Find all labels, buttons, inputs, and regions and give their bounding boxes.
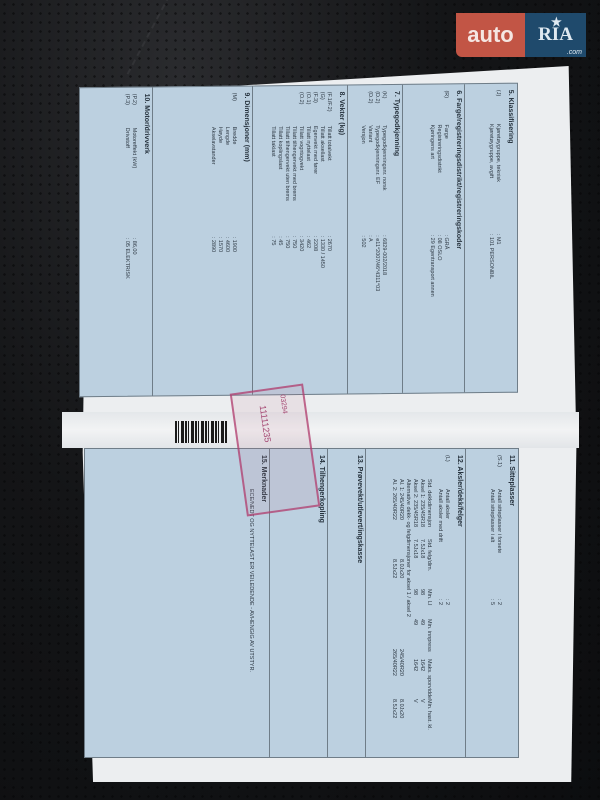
tyre-alternative-cell: 8.5Jx22 [391,699,398,718]
bottom-section-2: 12. Aksler/dekk/felger(L)Antall aksler: … [365,449,466,757]
section-title: 13. Prøvevekt/utlevert/ingskasse [356,455,363,563]
field-value: : 08 OSLO [436,234,443,260]
tyre-table-cell: 7.5Jx18 [419,539,426,558]
stamp-serial: 11111235 [259,405,271,443]
stamp-number: 03294 [278,394,287,414]
field-value: : 29 Egentransport annen [429,235,436,297]
section-title: 9. Dimensjoner (mm) [243,93,250,162]
field-value: : 2 [496,599,503,605]
field-value: : 750 [284,236,291,248]
field-value: : 86,00 [131,238,138,255]
tyre-alternative-cell: Al. 2: 265/40R22 [391,479,398,520]
tyre-table-cell: V [412,699,419,703]
field-code: (P.3) [124,94,131,105]
tyre-table-cell: 49 [419,619,426,625]
field-value: : 5 [489,599,496,605]
field-code: (L) [444,455,451,462]
field-value: : 1330 / 1450 [319,236,326,268]
field-label: Tillatt tilhengervekt med brems [291,126,298,201]
tyre-table-cell: Aksel 2: 235/45R18 [412,479,419,527]
field-label: Drivstoff [124,128,131,148]
watermark-auto: auto [456,13,525,57]
tyre-table-cell: 1642 [412,659,419,671]
field-label: Motoreffekt (kW) [131,128,138,169]
field-label: Høyde [217,127,224,143]
field-code: (O.1) [305,92,312,105]
field-code: (P.2) [131,94,138,105]
field-value: : 462 [305,236,312,248]
tyre-table-cell: 98 [419,589,426,595]
field-code: (O.2) [298,92,305,105]
field-label: Tillatt tilhengervekt uten brems [284,126,291,201]
tyre-alternative-cell: 8.0Jx20 [398,699,405,718]
field-value: : 2890 [210,237,217,252]
tyre-table-cell: 49 [412,619,419,625]
field-label: Antall sitteplasser i alt [489,489,496,542]
field-label: Antall aksler med drift [437,489,444,542]
section-title: 14. Tilhengerkopling [318,455,325,523]
bottom-section-3: 13. Prøvevekt/utlevert/ingskasse [327,449,366,757]
tyre-table-header: Min. innpress [426,619,433,652]
field-label: Tillatt koplingslast [277,126,284,169]
bottom-section-1: 11. Sitteplasser(S.1)Antall sitteplasser… [465,449,518,757]
tyre-table-header: Maks. sporvidde [426,659,433,699]
tyre-table-cell: 7.5Jx18 [412,539,419,558]
field-code: (D.2) [367,91,374,103]
field-label: Tillatt taklast [270,126,277,156]
field-label: Egenvekt med fører [312,126,319,174]
section-title: 6. Farge/registreringsdistrikt/registrer… [455,90,462,249]
field-value: : 1900 [231,237,238,252]
document-fold [62,412,579,448]
section-title: 11. Sitteplasser [508,455,515,506]
field-value: : 6829-002/2018 [381,235,388,275]
field-value: : 750 [291,236,298,248]
watermark-ria: ★ RIA .com [525,13,586,57]
field-code: (K) [381,91,388,98]
field-label: Kjøretøygruppe, avgift [488,124,495,178]
section-title: 10. Motor/drivverk [143,94,150,154]
tyre-alternative-cell: 8.0Jx20 [398,559,405,578]
field-value: : GRÅ [443,234,450,249]
top-section-1: 5. Klassifisering(J)Kjøretøygruppe, tekn… [464,84,517,393]
tyre-alternatives-note: Alternative dekk- og felgdimensjoner for… [405,479,412,617]
field-label: Registreringsdistrikt [436,124,443,172]
tyre-table-cell: V [419,699,426,703]
field-label: Tillatt aksellast [319,126,326,162]
field-value: : 05 ELEKTRISK [124,238,131,279]
field-label: Antall sitteplasser i forsete [496,489,503,553]
top-section-3: 7. Typegodkjenning(K)(D.2)(D.2)Typegodkj… [347,85,403,394]
field-code: (S.1) [496,455,503,467]
tyre-table-header: Std. felg/dim. [426,539,433,571]
tyre-table-header: Min. LI [426,589,433,606]
field-label: Versjon [360,125,367,143]
tyre-table-cell: 1642 [419,659,426,671]
field-value: : 45 [277,236,284,245]
tyre-alternative-cell: 265/40R22 [391,649,398,676]
top-section-2: 6. Farge/registreringsdistrikt/registrer… [402,84,465,393]
field-value: : e11*2007/46*4311*03 [374,235,381,291]
field-value: : 4600 [224,237,231,252]
section-title: 7. Typegodkjenning [393,91,400,156]
field-code: (F.1/F.2) [326,92,333,112]
tyre-table-header: Min. hast. kl. [426,699,433,730]
field-label: Bredde [231,127,238,145]
field-label: Kjøringens art [429,125,436,159]
section-title: 12. Aksler/dekk/felger [456,455,463,527]
field-label: Tillatt vogntogvekt [298,126,305,170]
field-value: : M1 [495,234,502,245]
document-page-top: 5. Klassifisering(J)Kjøretøygruppe, tekn… [79,83,518,398]
bottom-section-5: 15. MerknaderECE/NEDT OG NYTTELAST ER VE… [85,449,270,757]
autoria-watermark: auto ★ RIA .com [456,13,586,57]
field-label: Kjøretøygruppe, teknisk [495,124,502,182]
field-value: : 101 PERSONBIL [488,234,495,279]
field-label: Antall aksler [444,489,451,519]
field-code: (R) [443,90,450,98]
field-value: : 502 [360,235,367,247]
field-value: : 2670 [326,236,333,251]
field-value: : 2 [437,599,444,605]
star-icon: ★ [551,15,562,30]
field-value: : 2208 [312,236,319,251]
top-section-6: 10. Motor/drivverk(P.2)(P.3)Motoreffekt … [80,88,153,397]
section-title: 8. Vekter (kg) [338,92,345,136]
field-label: Tillatt nyttelast [305,126,312,161]
field-value: : 75 [270,236,277,245]
field-label: Lengde [224,127,231,145]
field-label: Typegodkjenningsnr. norsk [381,125,388,191]
field-label: Tillatt totalvekt [326,126,333,161]
field-code: (F.3) [312,92,319,103]
field-value: : 3420 [298,236,305,251]
tyre-alternative-cell: Al. 1: 245/40R20 [398,479,405,520]
field-label: Typegodkjenningsnr. EF [374,125,381,184]
field-value: : A [367,235,374,241]
field-code: (J) [495,90,502,96]
top-section-4: 8. Vekter (kg)(F.1/F.2)(G)(F.3)(O.1)(O.2… [252,85,348,394]
field-label: Akselavstander [210,127,217,165]
tyre-table-cell: 98 [412,589,419,595]
field-label: Farge [443,124,450,138]
field-code: (G) [319,92,326,100]
section-title: 5. Klassifisering [507,90,514,144]
top-section-5: 9. Dimensjoner (mm)(M)Bredde: 1900Lengde… [152,86,253,395]
field-label: Variant [367,125,374,142]
tyre-alternative-cell: 245/40R20 [398,649,405,676]
tyre-table-cell: Aksel 1: 235/45R18 [419,479,426,527]
field-code: (M) [231,93,238,101]
field-code: (D.2) [374,91,381,103]
field-value: : 2 [444,599,451,605]
tyre-alternative-cell: 8.5Jx22 [391,559,398,578]
tyre-table-header: Std. dekkdimensjon [426,479,433,527]
field-value: : 1570 [217,237,224,252]
field-value: ECE/NEDT OG NYTTELAST ER VEILEDENDE - AV… [248,489,255,672]
barcode [175,421,227,443]
